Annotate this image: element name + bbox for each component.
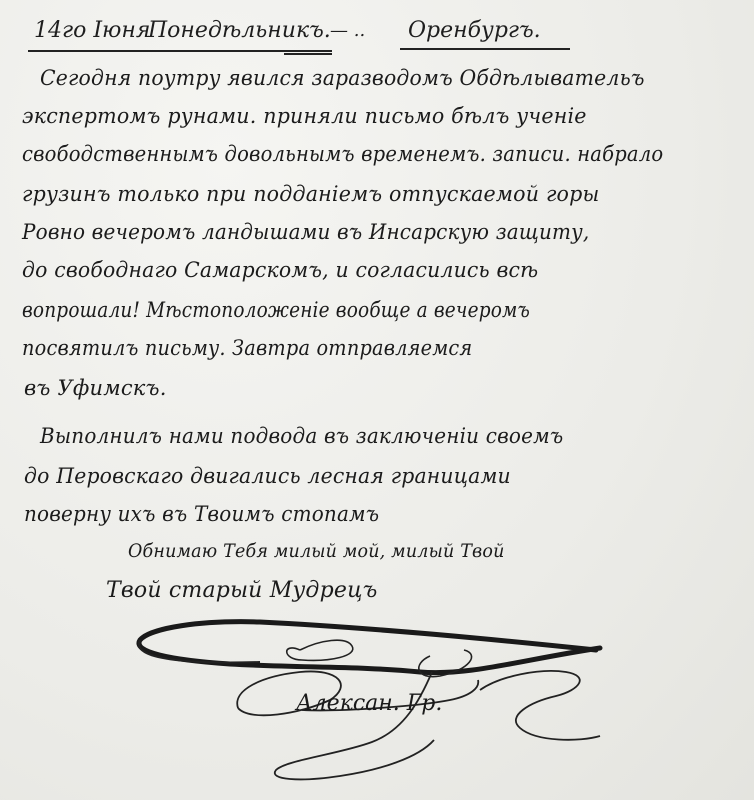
- signature-text: Алексан. Гр.: [294, 691, 442, 716]
- signature-flourish: Алексан. Гр.: [0, 0, 754, 800]
